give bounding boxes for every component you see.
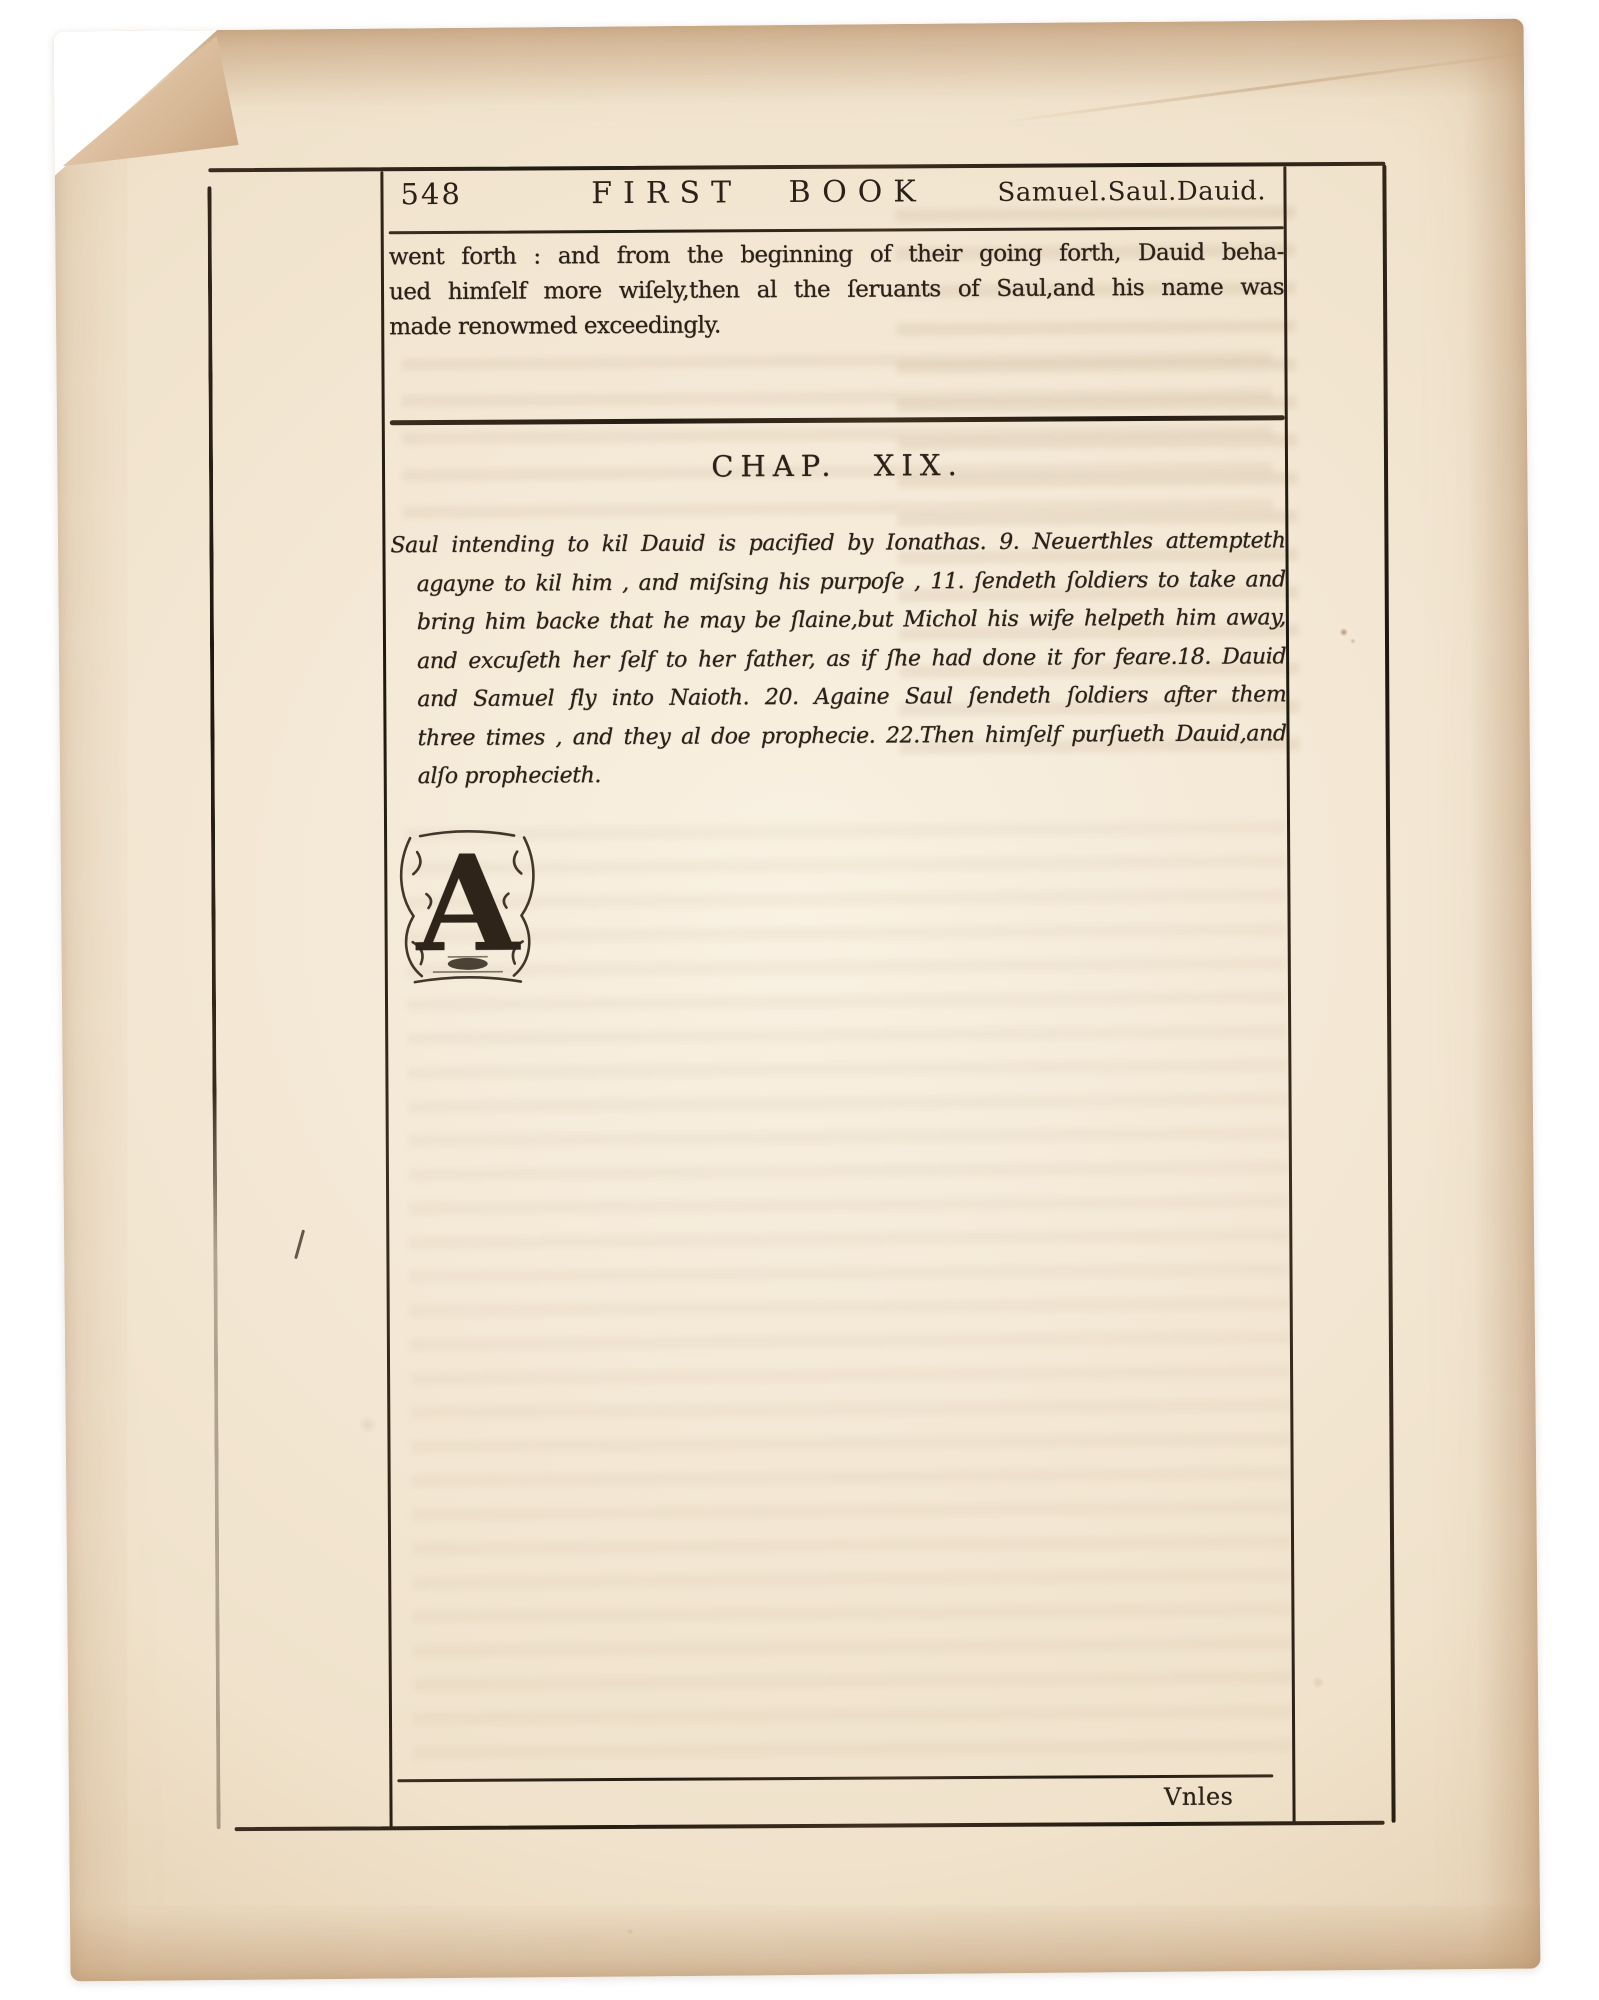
photo-stage: 548 FIRST BOOK Samuel.Saul.Dauid. went f…: [0, 0, 1599, 2000]
drop-cap: A: [392, 823, 543, 984]
text-line: alſo prophecieth.: [418, 753, 1287, 796]
chapter-argument: Saul intending to kil Dauid is pacified …: [390, 522, 1286, 796]
page-number: 548: [388, 177, 520, 212]
frame-left-rule: [207, 186, 220, 1829]
text-line: three times , and they al doe prophecie.…: [417, 715, 1286, 758]
text-line: went forth : and from the beginning of t…: [389, 235, 1284, 275]
running-header: 548 FIRST BOOK Samuel.Saul.Dauid.: [388, 172, 1283, 229]
text-line: Saul intending to kil Dauid is pacified …: [416, 522, 1285, 565]
text-line: agayne to kil him , and miſsing his purp…: [417, 561, 1286, 604]
frame-bottom-rule: [235, 1821, 1385, 1831]
text-line: and excuſeth her ſelf to her father, as …: [417, 638, 1286, 681]
catchword: Vnles: [397, 1782, 1273, 1815]
book-leaf: 548 FIRST BOOK Samuel.Saul.Dauid. went f…: [54, 19, 1541, 1982]
running-head-right: Samuel.Saul.Dauid.: [997, 176, 1283, 208]
svg-text:A: A: [414, 827, 521, 983]
continuation-text: went forth : and from the beginning of t…: [389, 235, 1285, 345]
frame-top-rule: [208, 162, 1385, 173]
column-right-rule: [1283, 166, 1295, 1823]
body-text: A: [392, 815, 1288, 986]
text-line: made renowmed exceedingly.: [389, 305, 1284, 345]
printed-block: 548 FIRST BOOK Samuel.Saul.Dauid. went f…: [57, 21, 1538, 1979]
text-line: ued himſelf more wiſely,then al the ſeru…: [389, 270, 1284, 310]
text-line: bring him backe that he may be ſlaine,bu…: [417, 599, 1286, 642]
frame-right-rule: [1382, 165, 1395, 1823]
text-line: and Samuel fly into Naioth. 20. Againe S…: [417, 676, 1286, 719]
book-title: FIRST BOOK: [520, 174, 997, 212]
catchword-rule: [397, 1774, 1273, 1781]
section-divider-rule: [390, 415, 1285, 425]
chapter-heading: CHAP. XIX.: [390, 446, 1285, 485]
